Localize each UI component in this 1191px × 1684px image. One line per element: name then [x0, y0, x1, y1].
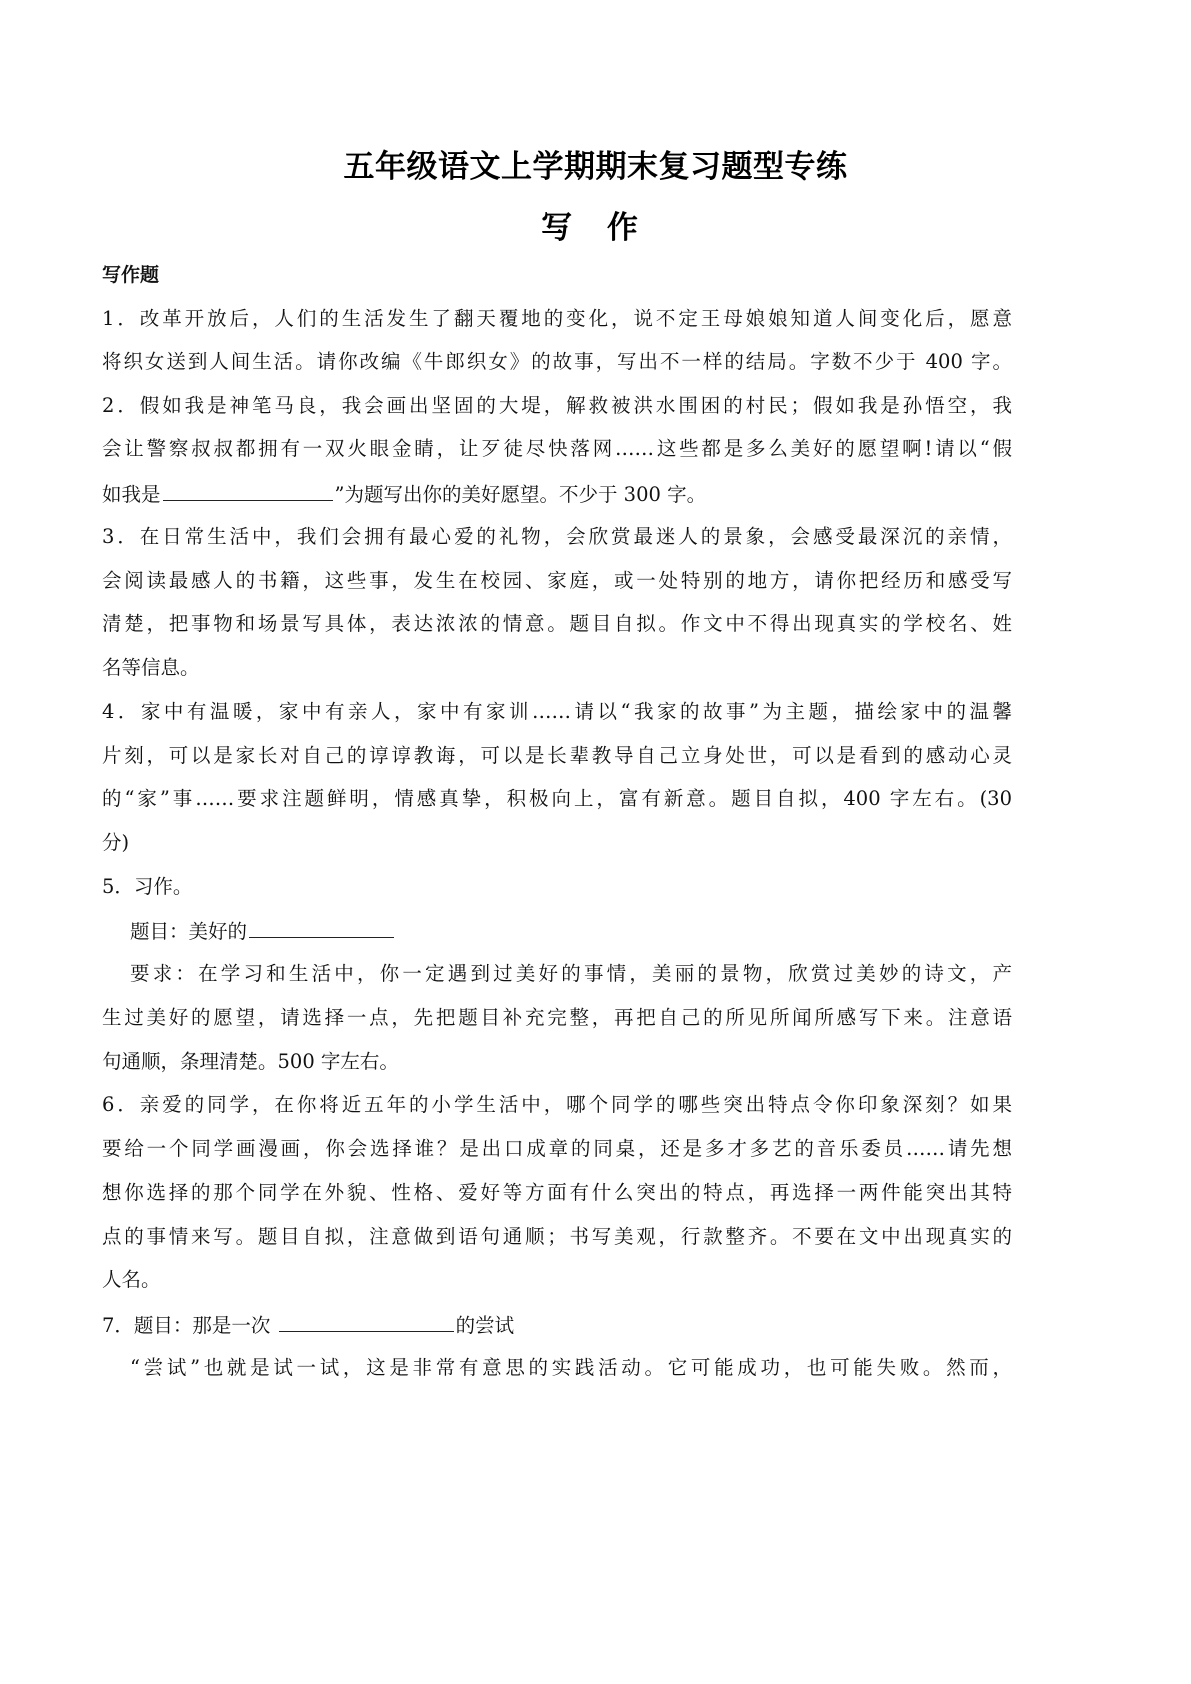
question-2-line-2: 会让警察叔叔都拥有一双火眼金睛，让歹徒尽快落网……这些都是多么美好的愿望啊!请以…	[102, 434, 1012, 464]
question-3-line-2: 会阅读最感人的书籍，这些事，发生在校园、家庭，或一处特别的地方，请你把经历和感受…	[102, 566, 1012, 596]
question-7-topic-prefix: 7．题目：那是一次	[102, 1314, 277, 1337]
question-4-line-1: 4．家中有温暖，家中有亲人，家中有家训……请以“我家的故事”为主题，描绘家中的温…	[102, 697, 1012, 727]
fill-in-blank[interactable]	[279, 1309, 454, 1332]
question-7-line-1: “尝试”也就是试一试，这是非常有意思的实践活动。它可能成功，也可能失败。然而，	[130, 1353, 1012, 1383]
question-5-topic: 题目：美好的	[130, 915, 1012, 947]
question-6-line-4: 点的事情来写。题目自拟，注意做到语句通顺；书写美观，行款整齐。不要在文中出现真实…	[102, 1222, 1012, 1252]
fill-in-blank[interactable]	[249, 915, 394, 938]
question-2-line-3: 如我是”为题写出你的美好愿望。不少于 300 字。	[102, 478, 1012, 510]
question-3-line-1: 3．在日常生活中，我们会拥有最心爱的礼物，会欣赏最迷人的景象，会感受最深沉的亲情…	[102, 522, 1012, 552]
document-page: 五年级语文上学期期末复习题型专练 写 作 写作题 1．改革开放后，人们的生活发生…	[0, 0, 1191, 1684]
question-3-line-3: 清楚，把事物和场景写具体，表达浓浓的情意。题目自拟。作文中不得出现真实的学校名、…	[102, 609, 1012, 639]
question-1-line-2: 将织女送到人间生活。请你改编《牛郎织女》的故事，写出不一样的结局。字数不少于 4…	[102, 347, 1012, 377]
question-2-blank-suffix: ”为题写出你的美好愿望。不少于 300 字。	[335, 483, 707, 506]
question-1-line-1: 1．改革开放后，人们的生活发生了翻天覆地的变化，说不定王母娘娘知道人间变化后，愿…	[102, 304, 1012, 334]
question-4-line-4: 分)	[102, 828, 1012, 858]
fill-in-blank[interactable]	[163, 478, 333, 501]
question-5-requirement-line-1: 要求：在学习和生活中，你一定遇到过美好的事情，美丽的景物，欣赏过美妙的诗文，产	[130, 959, 1012, 989]
question-4-line-2: 片刻，可以是家长对自己的谆谆教诲，可以是长辈教导自己立身处世，可以是看到的感动心…	[102, 741, 1012, 771]
question-5-requirement-line-2: 生过美好的愿望，请选择一点，先把题目补充完整，再把自己的所见所闻所感写下来。注意…	[102, 1003, 1012, 1033]
question-7-topic-suffix: 的尝试	[456, 1314, 515, 1337]
question-5-requirement-line-3: 句通顺，条理清楚。500 字左右。	[102, 1047, 1012, 1077]
question-4-line-3: 的“家”事……要求注题鲜明，情感真挚，积极向上，富有新意。题目自拟，400 字左…	[102, 784, 1012, 814]
question-6-line-3: 想你选择的那个同学在外貌、性格、爱好等方面有什么突出的特点，再选择一两件能突出其…	[102, 1178, 1012, 1208]
document-title: 五年级语文上学期期末复习题型专练	[0, 141, 1191, 186]
question-6-line-2: 要给一个同学画漫画，你会选择谁？是出口成章的同桌，还是多才多艺的音乐委员……请先…	[102, 1134, 1012, 1164]
question-7-topic: 7．题目：那是一次 的尝试	[102, 1309, 1012, 1341]
question-6-line-1: 6．亲爱的同学，在你将近五年的小学生活中，哪个同学的哪些突出特点令你印象深刻？如…	[102, 1090, 1012, 1120]
question-3-line-4: 名等信息。	[102, 653, 1012, 683]
question-2-line-1: 2．假如我是神笔马良，我会画出坚固的大堤，解救被洪水围困的村民；假如我是孙悟空，…	[102, 391, 1012, 421]
section-heading: 写作题	[102, 260, 159, 287]
question-5-line-1: 5．习作。	[102, 872, 1012, 902]
question-2-blank-prefix: 如我是	[102, 483, 161, 506]
document-subtitle: 写 作	[0, 202, 1191, 247]
question-5-topic-prefix: 题目：美好的	[130, 920, 247, 943]
question-6-line-5: 人名。	[102, 1265, 1012, 1295]
